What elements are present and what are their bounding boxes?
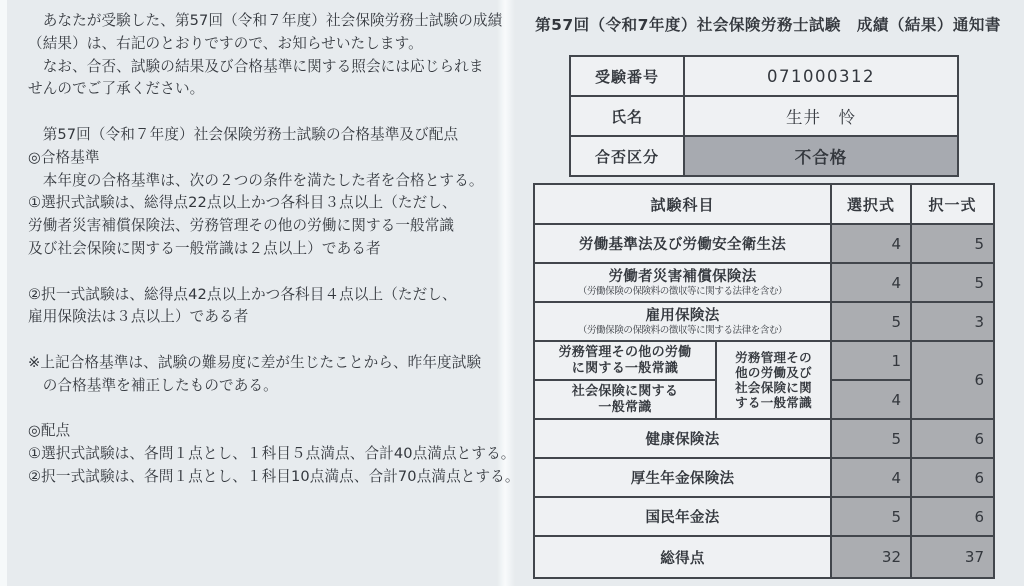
takuitsu-score: 6 <box>911 497 994 536</box>
subject-cell: 労務管理その他の労働に関する一般常識 <box>534 341 716 380</box>
takuitsu-score: 6 <box>911 419 994 458</box>
text-line: ※上記合格基準は、試験の難易度に差が生じたことから、昨年度試験 <box>28 352 510 375</box>
table-row-general-knowledge-labor: 労務管理その他の労働に関する一般常識 労務管理その他の労働及び社会保険に関する一… <box>534 341 994 380</box>
col-header-takuitsu: 択一式 <box>911 184 994 224</box>
text-line: 第57回（令和７年度）社会保険労務士試験の合格基準及び配点 <box>28 124 510 147</box>
info-row-name: 氏名 生井 怜 <box>570 96 958 136</box>
subject-name: 労務管理その他の労働に関する一般常識 <box>554 345 696 377</box>
text-line: 労働者災害補償保険法、労務管理その他の労働に関する一般常識 <box>28 215 510 238</box>
table-row: 労働者災害補償保険法 （労働保険の保険料の徴収等に関する法律を含む） 4 5 <box>534 263 994 302</box>
subject-note: （労働保険の保険料の徴収等に関する法律を含む） <box>535 286 830 297</box>
subject-name: 雇用保険法 <box>535 308 830 324</box>
sentaku-score: 5 <box>831 497 911 536</box>
text-line: 雇用保険法は３点以上）である者 <box>28 306 510 329</box>
table-row: 国民年金法 5 6 <box>534 497 994 536</box>
result-value: 不合格 <box>684 136 958 176</box>
subject-cell: 厚生年金保険法 <box>534 458 831 497</box>
subject-cell: 労働基準法及び労働安全衛生法 <box>534 224 831 263</box>
score-table: 試験科目 選択式 択一式 労働基準法及び労働安全衛生法 4 5 労働者災害補償保… <box>533 183 995 579</box>
takuitsu-score: 3 <box>911 302 994 341</box>
scan-left-edge <box>0 0 7 586</box>
subject-cell: 雇用保険法 （労働保険の保険料の徴収等に関する法律を含む） <box>534 302 831 341</box>
text-line: あなたが受験した、第57回（令和７年度）社会保険労務士試験の成績 <box>28 10 510 33</box>
text-line: ①選択式試験は、各問１点とし、１科目５点満点、合計40点満点とする。 <box>28 443 510 466</box>
text-line: ②択一式試験は、総得点42点以上かつ各科目４点以上（ただし、 <box>28 284 510 307</box>
text-line: せんのでご了承ください。 <box>28 78 510 101</box>
text-line: ②択一式試験は、各問１点とし、１科目10点満点、合計70点満点とする。 <box>28 466 510 489</box>
info-row-result: 合否区分 不合格 <box>570 136 958 176</box>
sentaku-score: 4 <box>831 458 911 497</box>
notice-title: 第57回（令和7年度）社会保険労務士試験 成績（結果）通知書 <box>512 13 1024 35</box>
takuitsu-score: 6 <box>911 458 994 497</box>
text-line: 本年度の合格基準は、次の２つの条件を満たした者を合格とする。 <box>28 170 510 193</box>
takuitsu-score: 5 <box>911 263 994 302</box>
subject-cell: 社会保険に関する一般常識 <box>534 380 716 419</box>
sentaku-score: 4 <box>831 263 911 302</box>
examinee-info-table: 受験番号 071000312 氏名 生井 怜 合否区分 不合格 <box>569 55 959 177</box>
exam-number-label: 受験番号 <box>570 56 684 96</box>
score-table-header-row: 試験科目 選択式 択一式 <box>534 184 994 224</box>
col-header-sentaku: 選択式 <box>831 184 911 224</box>
table-row: 労働基準法及び労働安全衛生法 4 5 <box>534 224 994 263</box>
info-row-exam-number: 受験番号 071000312 <box>570 56 958 96</box>
table-row-total: 総得点 32 37 <box>534 536 994 578</box>
subject-name: 労務管理その他の労働及び社会保険に関する一般常識 <box>733 350 815 410</box>
sentaku-score: 5 <box>831 302 911 341</box>
left-page-text: あなたが受験した、第57回（令和７年度）社会保険労務士試験の成績 （結果）は、右… <box>28 10 510 489</box>
table-row: 厚生年金保険法 4 6 <box>534 458 994 497</box>
sentaku-score: 1 <box>831 341 911 380</box>
text-line: （結果）は、右記のとおりですので、お知らせいたします。 <box>28 33 510 56</box>
text-line: ①選択式試験は、総得点22点以上かつ各科目３点以上（ただし、 <box>28 192 510 215</box>
sentaku-score: 4 <box>831 380 911 419</box>
subject-name: 労働者災害補償保険法 <box>535 269 830 285</box>
combined-subject-cell: 労務管理その他の労働及び社会保険に関する一般常識 <box>716 341 831 419</box>
text-line: なお、合否、試験の結果及び合格基準に関する照会には応じられま <box>28 56 510 79</box>
takuitsu-score: 5 <box>911 224 994 263</box>
text-line-blank <box>28 329 510 352</box>
sentaku-score: 4 <box>831 224 911 263</box>
subject-cell: 国民年金法 <box>534 497 831 536</box>
result-label: 合否区分 <box>570 136 684 176</box>
exam-number-value: 071000312 <box>684 56 958 96</box>
subject-name: 社会保険に関する一般常識 <box>569 384 681 416</box>
subject-cell: 労働者災害補償保険法 （労働保険の保険料の徴収等に関する法律を含む） <box>534 263 831 302</box>
table-row: 雇用保険法 （労働保険の保険料の徴収等に関する法律を含む） 5 3 <box>534 302 994 341</box>
scanned-result-notice: あなたが受験した、第57回（令和７年度）社会保険労務士試験の成績 （結果）は、右… <box>0 0 1024 586</box>
text-line: 及び社会保険に関する一般常識は２点以上）である者 <box>28 238 510 261</box>
text-line: ◎配点 <box>28 420 510 443</box>
takuitsu-score: 6 <box>911 341 994 419</box>
table-row: 健康保険法 5 6 <box>534 419 994 458</box>
text-line: ◎合格基準 <box>28 147 510 170</box>
name-label: 氏名 <box>570 96 684 136</box>
text-line-blank <box>28 398 510 421</box>
sentaku-score: 5 <box>831 419 911 458</box>
text-line: の合格基準を補正したものである。 <box>28 375 510 398</box>
subject-cell: 健康保険法 <box>534 419 831 458</box>
col-header-subject: 試験科目 <box>534 184 831 224</box>
subject-note: （労働保険の保険料の徴収等に関する法律を含む） <box>535 325 830 336</box>
sentaku-total-score: 32 <box>831 536 911 578</box>
name-value: 生井 怜 <box>684 96 958 136</box>
total-label-cell: 総得点 <box>534 536 831 578</box>
takuitsu-total-score: 37 <box>911 536 994 578</box>
text-line-blank <box>28 261 510 284</box>
text-line-blank <box>28 101 510 124</box>
